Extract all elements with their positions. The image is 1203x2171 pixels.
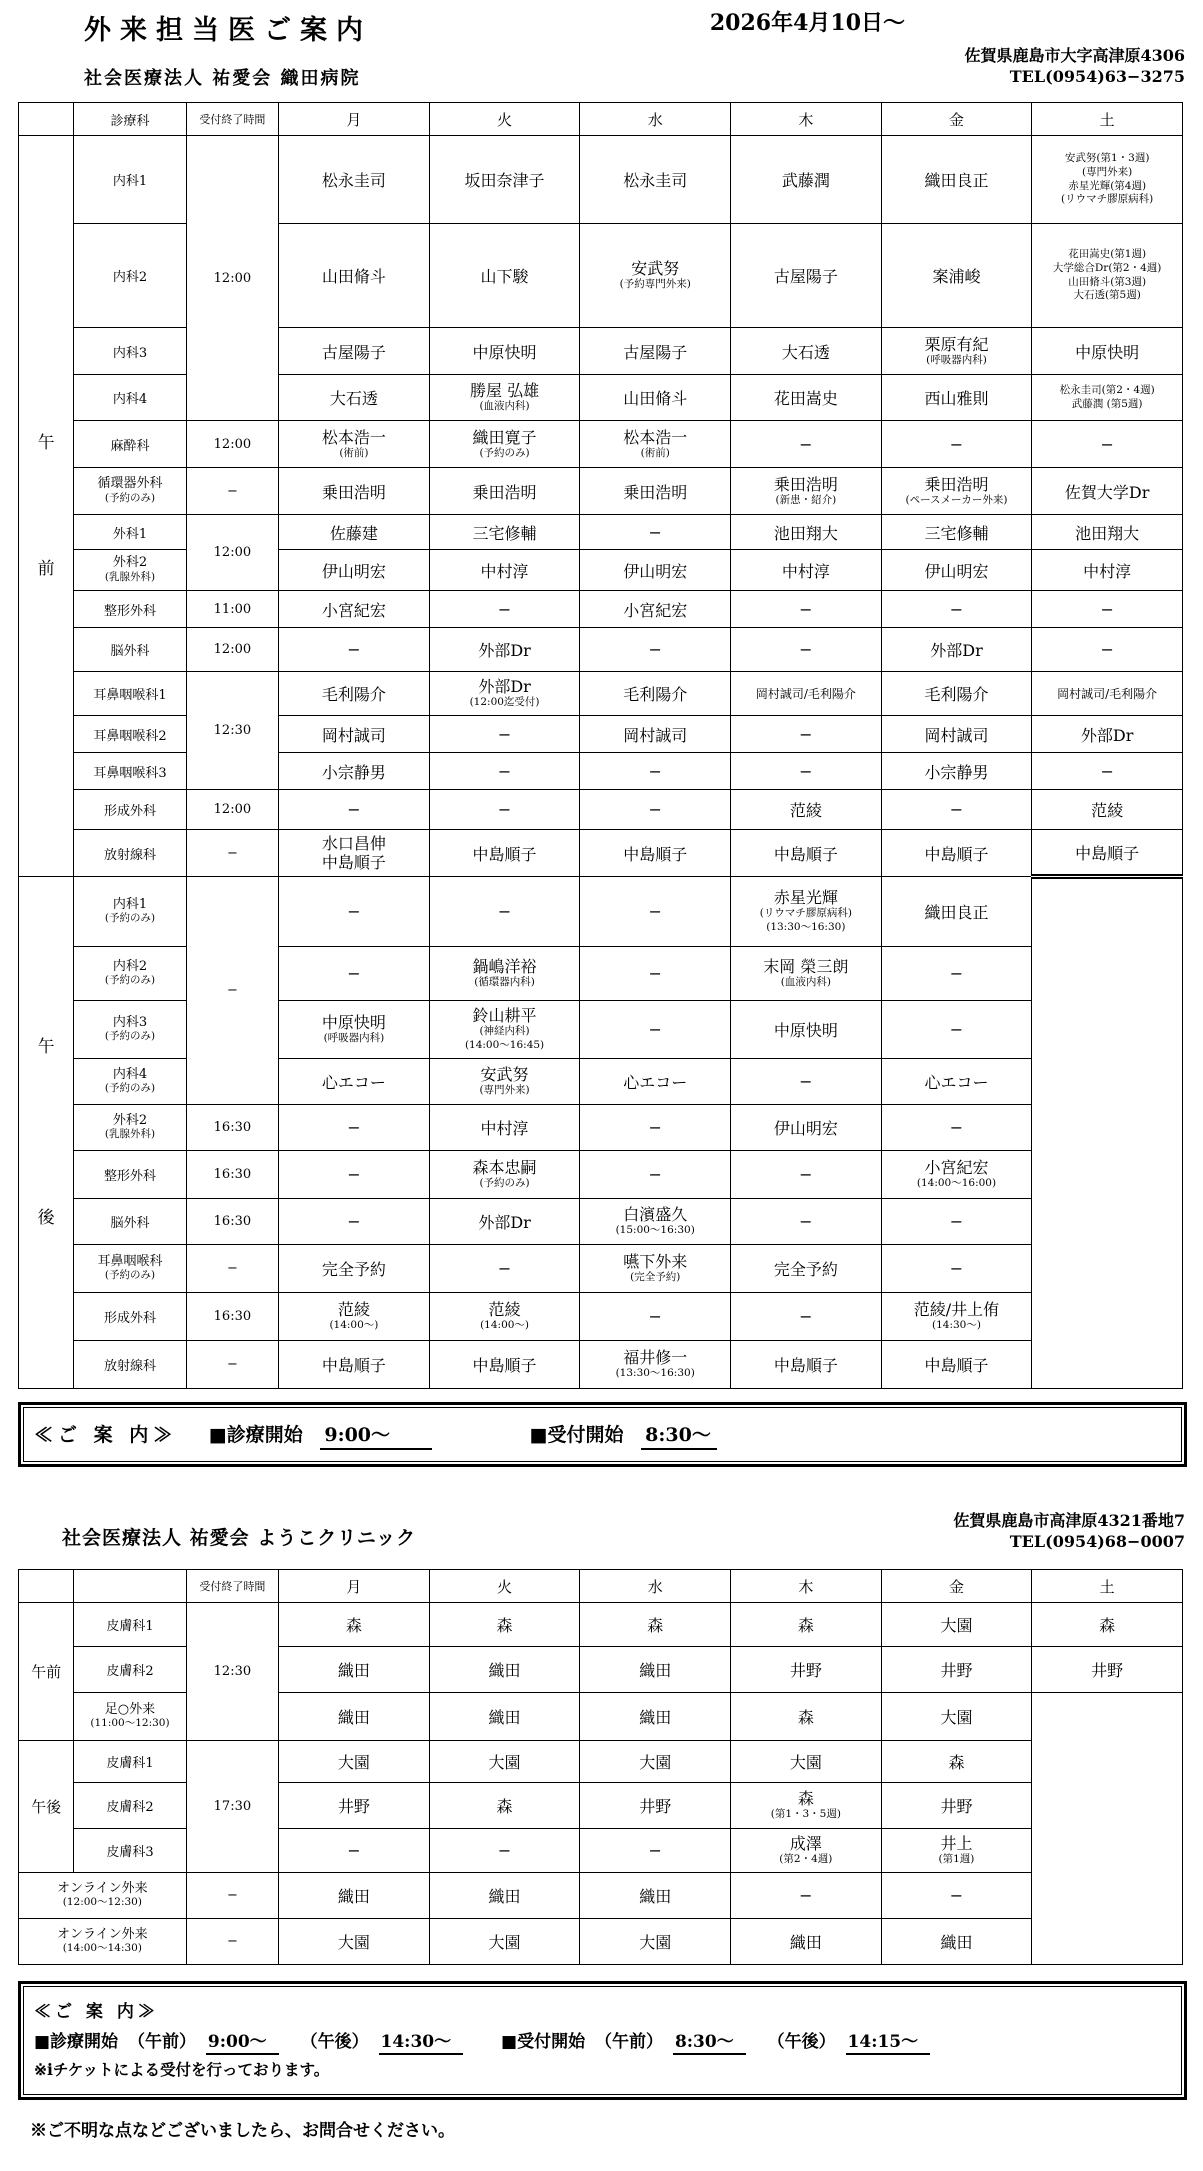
reception-time-cell: − bbox=[186, 1245, 278, 1293]
cell-line: (11:00～12:30) bbox=[76, 1717, 183, 1731]
hospital-name: 社会医療法人 祐愛会 織田病院 bbox=[84, 64, 361, 90]
schedule-cell: 中原快明(呼吸器内科) bbox=[279, 1001, 430, 1059]
schedule-cell: 織田 bbox=[429, 1647, 580, 1693]
schedule-cell: − bbox=[1032, 753, 1183, 790]
department-cell: 耳鼻咽喉科(予約のみ) bbox=[74, 1245, 186, 1293]
day-column-header: 土 bbox=[1032, 1570, 1183, 1603]
schedule-cell: 白濱盛久(15:00～16:30) bbox=[580, 1199, 731, 1245]
hospital-tel: TEL(0954)63−3275 bbox=[964, 67, 1185, 88]
schedule-cell: 井野 bbox=[1032, 1647, 1183, 1693]
schedule-cell: 外部Dr(12:00迄受付) bbox=[429, 672, 580, 716]
cell-line: (予約のみ) bbox=[432, 447, 578, 461]
schedule-cell: 安武努(第1・3週)(専門外来)赤星光輝(第4週)(リウマチ膠原病科) bbox=[1032, 136, 1183, 224]
reception-time-cell: 12:00 bbox=[186, 421, 278, 468]
cell-line: (専門外来) bbox=[432, 1084, 578, 1098]
schedule-cell: − bbox=[881, 591, 1032, 628]
department-cell: 麻酔科 bbox=[74, 421, 186, 468]
schedule-cell: 山下駿 bbox=[429, 224, 580, 328]
schedule-cell: 伊山明宏 bbox=[580, 550, 731, 591]
cell-line: 森 bbox=[733, 1789, 879, 1808]
department-cell: 耳鼻咽喉科3 bbox=[74, 753, 186, 790]
notice-heading: ≪ご 案 内≫ bbox=[34, 1997, 1167, 2022]
schedule-cell: 外部Dr bbox=[1032, 716, 1183, 753]
cell-line: 乗田浩明 bbox=[884, 475, 1030, 494]
cell-line: (ペースメーカー外来) bbox=[884, 494, 1030, 508]
department-cell: 内科1 bbox=[74, 136, 186, 224]
table-row: 外科112:00佐藤建三宅修輔−池田翔大三宅修輔池田翔大 bbox=[19, 515, 1183, 550]
schedule-cell: 中村淳 bbox=[731, 550, 882, 591]
schedule-cell: 佐賀大学Dr bbox=[1032, 468, 1183, 515]
table-row: 外科2(乳腺外科)16:30−中村淳−伊山明宏− bbox=[19, 1105, 1183, 1151]
schedule-cell: − bbox=[881, 790, 1032, 830]
schedule-cell: 森 bbox=[731, 1603, 882, 1647]
cell-line: 内科4 bbox=[76, 1067, 183, 1083]
schedule-cell: 范綾(14:00～) bbox=[429, 1293, 580, 1341]
cell-line: オンライン外来 bbox=[21, 1927, 184, 1943]
schedule-cell: 井野 bbox=[731, 1647, 882, 1693]
cell-line: 成澤 bbox=[733, 1834, 879, 1853]
cell-line: 武藤潤 (第5週) bbox=[1034, 398, 1180, 412]
cell-line: (13:30～16:30) bbox=[582, 1367, 728, 1381]
reception-start-am-value: 8:30～ bbox=[673, 2032, 746, 2055]
cell-line: 鈴山耕平 bbox=[432, 1006, 578, 1025]
schedule-cell: − bbox=[580, 753, 731, 790]
cell-line: 乗田浩明 bbox=[733, 475, 879, 494]
consultation-start-am-value: 9:00～ bbox=[206, 2032, 279, 2055]
hospital-address-block: 佐賀県鹿島市大字高津原4306 TEL(0954)63−3275 bbox=[964, 46, 1185, 88]
cell-line: 安武努 bbox=[582, 259, 728, 278]
schedule-cell: − bbox=[580, 1829, 731, 1873]
schedule-cell: 山田脩斗 bbox=[580, 375, 731, 421]
cell-line: 范綾 bbox=[432, 1300, 578, 1319]
schedule-cell: 織田 bbox=[429, 1873, 580, 1919]
table-row: 整形外科11:00小宮紀宏−小宮紀宏−−− bbox=[19, 591, 1183, 628]
schedule-cell: − bbox=[731, 628, 882, 672]
reception-time-cell: 16:30 bbox=[186, 1151, 278, 1199]
department-cell: 内科2(予約のみ) bbox=[74, 947, 186, 1001]
schedule-cell: 織田 bbox=[279, 1693, 430, 1741]
cell-line: 中島順子 bbox=[281, 853, 427, 872]
schedule-cell: 成澤(第2・4週) bbox=[731, 1829, 882, 1873]
clinic-schedule-table: 受付終了時間月火水木金土午前皮膚科112:30森森森森大園森皮膚科2織田織田織田… bbox=[18, 1569, 1183, 1965]
reception-time-cell: 12:00 bbox=[186, 136, 278, 421]
schedule-cell: − bbox=[429, 753, 580, 790]
cell-line: 井上 bbox=[884, 1834, 1030, 1853]
schedule-cell: 中村淳 bbox=[1032, 550, 1183, 591]
cell-line: (14:00～) bbox=[281, 1319, 427, 1333]
schedule-cell: − bbox=[580, 1001, 731, 1059]
department-cell: 皮膚科1 bbox=[74, 1741, 186, 1783]
schedule-cell: 森 bbox=[279, 1603, 430, 1647]
table-row: オンライン外来(14:00～14:30)−大園大園大園織田織田 bbox=[19, 1919, 1183, 1965]
department-cell: 脳外科 bbox=[74, 1199, 186, 1245]
schedule-cell: − bbox=[580, 515, 731, 550]
page-title: 外来担当医ご案内 bbox=[84, 8, 372, 47]
schedule-cell: 范綾/井上侑(14:30～) bbox=[881, 1293, 1032, 1341]
department-cell: 皮膚科1 bbox=[74, 1603, 186, 1647]
cell-line: (専門外来) bbox=[1034, 166, 1180, 180]
schedule-cell: 大石透 bbox=[731, 328, 882, 375]
schedule-cell: 織田 bbox=[580, 1647, 731, 1693]
department-cell: 放射線科 bbox=[74, 1341, 186, 1389]
reception-time-cell: 11:00 bbox=[186, 591, 278, 628]
schedule-cell: − bbox=[580, 1151, 731, 1199]
reception-time-cell: 12:00 bbox=[186, 515, 278, 591]
schedule-cell: 末岡 榮三朗(血液内科) bbox=[731, 947, 882, 1001]
notice-box-hospital: ≪ご 案 内≫ ■診療開始 9:00～ ■受付開始 8:30～ bbox=[18, 1402, 1187, 1467]
schedule-cell: 西山雅則 bbox=[881, 375, 1032, 421]
schedule-cell: − bbox=[881, 1199, 1032, 1245]
department-cell: 循環器外科(予約のみ) bbox=[74, 468, 186, 515]
schedule-cell: 大園 bbox=[580, 1741, 731, 1783]
reception-time-cell: 16:30 bbox=[186, 1105, 278, 1151]
day-column-header: 木 bbox=[731, 103, 882, 136]
schedule-cell: 森 bbox=[881, 1741, 1032, 1783]
cell-line: 内科2 bbox=[76, 959, 183, 975]
schedule-cell: − bbox=[429, 1245, 580, 1293]
cell-line: 安武努 bbox=[432, 1065, 578, 1084]
schedule-cell: − bbox=[881, 947, 1032, 1001]
schedule-cell: 岡村誠司 bbox=[881, 716, 1032, 753]
department-cell: 足○外来(11:00～12:30) bbox=[74, 1693, 186, 1741]
reception-time-cell: 17:30 bbox=[186, 1741, 278, 1873]
schedule-cell: 中村淳 bbox=[429, 1105, 580, 1151]
department-cell: 放射線科 bbox=[74, 830, 186, 877]
schedule-cell: 織田 bbox=[279, 1647, 430, 1693]
cell-line: (予約のみ) bbox=[76, 912, 183, 926]
schedule-cell: 三宅修輔 bbox=[429, 515, 580, 550]
department-cell: 脳外科 bbox=[74, 628, 186, 672]
table-row: 脳外科16:30−外部Dr白濱盛久(15:00～16:30)−− bbox=[19, 1199, 1183, 1245]
cell-line: (予約専門外来) bbox=[582, 278, 728, 292]
reception-time-cell: − bbox=[186, 830, 278, 877]
schedule-cell: 范綾 bbox=[1032, 790, 1183, 830]
schedule-cell: − bbox=[580, 628, 731, 672]
schedule-cell: 織田 bbox=[279, 1873, 430, 1919]
schedule-cell: 花田嵩史 bbox=[731, 375, 882, 421]
table-row: 耳鼻咽喉科112:30毛利陽介外部Dr(12:00迄受付)毛利陽介岡村誠司/毛利… bbox=[19, 672, 1183, 716]
schedule-cell: − bbox=[881, 1105, 1032, 1151]
schedule-cell: 中島順子 bbox=[279, 1341, 430, 1389]
schedule-cell: 三宅修輔 bbox=[881, 515, 1032, 550]
table-row: 整形外科16:30−森本忠嗣(予約のみ)−−小宮紀宏(14:00～16:00) bbox=[19, 1151, 1183, 1199]
document-page: 外来担当医ご案内 社会医療法人 祐愛会 織田病院 2026年4月10日～ 佐賀県… bbox=[0, 0, 1203, 2171]
cell-line: 范綾/井上侑 bbox=[884, 1300, 1030, 1319]
reception-time-cell: 12:30 bbox=[186, 672, 278, 790]
schedule-cell: 水口昌伸中島順子 bbox=[279, 830, 430, 877]
schedule-cell: 心エコー bbox=[580, 1059, 731, 1105]
cell-line: 松永圭司(第2・4週) bbox=[1034, 384, 1180, 398]
table-row: 循環器外科(予約のみ)−乗田浩明乗田浩明乗田浩明乗田浩明(新患・紹介)乗田浩明(… bbox=[19, 468, 1183, 515]
table-row: 午前内科112:00松永圭司坂田奈津子松永圭司武藤潤織田良正安武努(第1・3週)… bbox=[19, 136, 1183, 224]
schedule-cell: 大石透 bbox=[279, 375, 430, 421]
schedule-cell: 大園 bbox=[881, 1693, 1032, 1741]
schedule-cell: 中原快明 bbox=[1032, 328, 1183, 375]
schedule-cell: 大園 bbox=[429, 1741, 580, 1783]
cell-line: (予約のみ) bbox=[432, 1177, 578, 1191]
schedule-cell: 織田 bbox=[731, 1919, 882, 1965]
schedule-cell: 森本忠嗣(予約のみ) bbox=[429, 1151, 580, 1199]
iticket-note: ※iチケットによる受付を行っております。 bbox=[34, 2058, 1167, 2080]
cell-line: (12:00～12:30) bbox=[21, 1896, 184, 1910]
schedule-cell: − bbox=[731, 1293, 882, 1341]
schedule-cell: 心エコー bbox=[279, 1059, 430, 1105]
department-cell: 内科2 bbox=[74, 224, 186, 328]
cell-line: 午 bbox=[21, 433, 71, 453]
cell-line: (予約のみ) bbox=[76, 1082, 183, 1096]
hospital-schedule-table: 診療科受付終了時間月火水木金土午前内科112:00松永圭司坂田奈津子松永圭司武藤… bbox=[18, 102, 1183, 1389]
reception-time-cell: 12:30 bbox=[186, 1603, 278, 1741]
cell-line: 前 bbox=[21, 559, 71, 579]
reception-time-cell: − bbox=[186, 877, 278, 1105]
schedule-cell: 完全予約 bbox=[731, 1245, 882, 1293]
day-column-header: 水 bbox=[580, 1570, 731, 1603]
notice-times-line: ■診療開始 （午前） 9:00～ （午後） 14:30～ ■受付開始 （午前） … bbox=[34, 2027, 1167, 2052]
corner-cell bbox=[19, 1570, 74, 1603]
department-cell: 内科4 bbox=[74, 375, 186, 421]
schedule-cell: 井上(第1週) bbox=[881, 1829, 1032, 1873]
schedule-cell: 中島順子 bbox=[429, 830, 580, 877]
department-cell: 皮膚科2 bbox=[74, 1647, 186, 1693]
schedule-cell: 松本浩一(術前) bbox=[580, 421, 731, 468]
cell-line: 松本浩一 bbox=[582, 428, 728, 447]
reception-start-value: 8:30～ bbox=[641, 1424, 717, 1450]
schedule-cell: 松本浩一(術前) bbox=[279, 421, 430, 468]
day-column-header: 土 bbox=[1032, 103, 1183, 136]
consultation-start-label: ■診療開始 bbox=[209, 1424, 303, 1446]
cell-line: 花田嵩史(第1週) bbox=[1034, 248, 1180, 262]
cell-line: 外部Dr bbox=[432, 677, 578, 696]
cell-line: (第1・3・5週) bbox=[733, 1808, 879, 1822]
reception-time-cell: − bbox=[186, 1919, 278, 1965]
table-row: 午前皮膚科112:30森森森森大園森 bbox=[19, 1603, 1183, 1647]
cell-line: 嚥下外来 bbox=[582, 1252, 728, 1271]
schedule-cell: 毛利陽介 bbox=[279, 672, 430, 716]
schedule-cell: 岡村誠司 bbox=[279, 716, 430, 753]
cell-line: (リウマチ膠原病科) bbox=[1034, 193, 1180, 207]
table-row: 放射線科−中島順子中島順子福井修一(13:30～16:30)中島順子中島順子 bbox=[19, 1341, 1183, 1389]
period-label: 午前 bbox=[19, 136, 74, 877]
schedule-cell: 井野 bbox=[881, 1647, 1032, 1693]
cell-line: (14:00～14:30) bbox=[21, 1942, 184, 1956]
day-column-header: 木 bbox=[731, 1570, 882, 1603]
schedule-cell: 小宮紀宏 bbox=[580, 591, 731, 628]
schedule-cell: − bbox=[731, 1151, 882, 1199]
day-column-header: 月 bbox=[279, 103, 430, 136]
cell-line: (14:30～) bbox=[884, 1319, 1030, 1333]
department-cell: 外科2(乳腺外科) bbox=[74, 550, 186, 591]
department-column-header bbox=[74, 1570, 186, 1603]
department-cell: オンライン外来(12:00～12:30) bbox=[19, 1873, 187, 1919]
am-label: （午前） bbox=[128, 2032, 196, 2052]
day-column-header: 水 bbox=[580, 103, 731, 136]
cell-line: 栗原有紀 bbox=[884, 335, 1030, 354]
schedule-cell: 毛利陽介 bbox=[580, 672, 731, 716]
cell-line: (術前) bbox=[281, 447, 427, 461]
schedule-cell: − bbox=[279, 1151, 430, 1199]
reception-time-column-header: 受付終了時間 bbox=[186, 103, 278, 136]
cell-line: (リウマチ膠原病科) bbox=[733, 907, 879, 921]
schedule-cell: 大園 bbox=[279, 1919, 430, 1965]
day-column-header: 金 bbox=[881, 1570, 1032, 1603]
table-row: 麻酔科12:00松本浩一(術前)織田寛子(予約のみ)松本浩一(術前)−−− bbox=[19, 421, 1183, 468]
schedule-cell: − bbox=[279, 1199, 430, 1245]
schedule-cell: − bbox=[731, 591, 882, 628]
schedule-cell: 織田寛子(予約のみ) bbox=[429, 421, 580, 468]
schedule-cell: 乗田浩明 bbox=[279, 468, 430, 515]
schedule-cell: 范綾 bbox=[731, 790, 882, 830]
reception-time-cell: 12:00 bbox=[186, 628, 278, 672]
cell-line: 中原快明 bbox=[281, 1013, 427, 1032]
schedule-cell: 中島順子 bbox=[881, 830, 1032, 877]
reception-start-pm-value: 14:15～ bbox=[846, 2032, 931, 2055]
schedule-cell: 乗田浩明(新患・紹介) bbox=[731, 468, 882, 515]
cell-line: (新患・紹介) bbox=[733, 494, 879, 508]
department-cell: 外科2(乳腺外科) bbox=[74, 1105, 186, 1151]
schedule-cell: 毛利陽介 bbox=[881, 672, 1032, 716]
schedule-cell: 岡村誠司/毛利陽介 bbox=[731, 672, 882, 716]
schedule-cell: 森 bbox=[429, 1603, 580, 1647]
cell-line: (乳腺外科) bbox=[76, 571, 183, 585]
schedule-cell: 乗田浩明 bbox=[580, 468, 731, 515]
schedule-cell: 松永圭司(第2・4週)武藤潤 (第5週) bbox=[1032, 375, 1183, 421]
schedule-cell: 中村淳 bbox=[429, 550, 580, 591]
department-cell: 形成外科 bbox=[74, 1293, 186, 1341]
schedule-cell: − bbox=[580, 947, 731, 1001]
schedule-cell: 伊山明宏 bbox=[881, 550, 1032, 591]
schedule-cell: − bbox=[279, 790, 430, 830]
cell-line: 後 bbox=[21, 1208, 71, 1228]
contact-footnote: ※ご不明な点などございましたら、お問合せください。 bbox=[30, 2116, 1203, 2141]
cell-line: 范綾 bbox=[281, 1300, 427, 1319]
cell-line: (呼吸器内科) bbox=[281, 1032, 427, 1046]
cell-line: 循環器外科 bbox=[76, 476, 183, 492]
department-cell: 皮膚科2 bbox=[74, 1783, 186, 1829]
department-cell: 内科3(予約のみ) bbox=[74, 1001, 186, 1059]
schedule-cell: 小宮紀宏 bbox=[279, 591, 430, 628]
schedule-cell: 栗原有紀(呼吸器内科) bbox=[881, 328, 1032, 375]
cell-line: 内科1 bbox=[76, 897, 183, 913]
day-column-header: 金 bbox=[881, 103, 1032, 136]
cell-line: (第1週) bbox=[884, 1853, 1030, 1867]
cell-line: (第2・4週) bbox=[733, 1853, 879, 1867]
cell-line: (血液内科) bbox=[432, 400, 578, 414]
schedule-cell: 森 bbox=[429, 1783, 580, 1829]
schedule-cell: 松永圭司 bbox=[279, 136, 430, 224]
cell-line: 福井修一 bbox=[582, 1348, 728, 1367]
schedule-cell: − bbox=[580, 877, 731, 947]
department-cell: 整形外科 bbox=[74, 591, 186, 628]
schedule-cell: 花田嵩史(第1週)大学総合Dr(第2・4週)山田脩斗(第3週)大石透(第5週) bbox=[1032, 224, 1183, 328]
empty-region bbox=[1032, 877, 1183, 1389]
clinic-header: 社会医療法人 祐愛会 ようこクリニック 佐賀県鹿島市高津原4321番地7 TEL… bbox=[0, 1511, 1203, 1569]
table-row: 形成外科16:30范綾(14:00～)范綾(14:00～)−−范綾/井上侑(14… bbox=[19, 1293, 1183, 1341]
schedule-cell: 古屋陽子 bbox=[279, 328, 430, 375]
schedule-cell: − bbox=[279, 628, 430, 672]
clinic-address-block: 佐賀県鹿島市高津原4321番地7 TEL(0954)68−0007 bbox=[953, 1511, 1185, 1553]
effective-date: 2026年4月10日～ bbox=[710, 6, 905, 37]
schedule-cell: − bbox=[731, 753, 882, 790]
reception-start-label: ■受付開始 bbox=[501, 2032, 585, 2052]
schedule-cell: 大園 bbox=[731, 1741, 882, 1783]
cell-line: 内科3 bbox=[76, 1015, 183, 1031]
department-cell: 形成外科 bbox=[74, 790, 186, 830]
schedule-cell: 范綾(14:00～) bbox=[279, 1293, 430, 1341]
schedule-cell: 勝屋 弘雄(血液内科) bbox=[429, 375, 580, 421]
hospital-address: 佐賀県鹿島市大字高津原4306 bbox=[964, 46, 1185, 67]
schedule-cell: − bbox=[429, 790, 580, 830]
schedule-cell: 織田 bbox=[429, 1693, 580, 1741]
schedule-cell: 安武努(専門外来) bbox=[429, 1059, 580, 1105]
schedule-cell: − bbox=[881, 1873, 1032, 1919]
cell-line: (予約のみ) bbox=[76, 1269, 183, 1283]
schedule-cell: 井野 bbox=[580, 1783, 731, 1829]
schedule-cell: 山田脩斗 bbox=[279, 224, 430, 328]
schedule-cell: − bbox=[429, 716, 580, 753]
period-label: 午後 bbox=[19, 877, 74, 1389]
schedule-cell: − bbox=[279, 877, 430, 947]
schedule-cell: 大園 bbox=[429, 1919, 580, 1965]
schedule-cell: 中原快明 bbox=[731, 1001, 882, 1059]
cell-line: 勝屋 弘雄 bbox=[432, 381, 578, 400]
cell-line: (循環器内科) bbox=[432, 976, 578, 990]
schedule-cell: 池田翔大 bbox=[1032, 515, 1183, 550]
schedule-cell: 岡村誠司 bbox=[580, 716, 731, 753]
schedule-cell: 織田 bbox=[580, 1873, 731, 1919]
cell-line: 鍋嶋洋裕 bbox=[432, 957, 578, 976]
day-column-header: 火 bbox=[429, 103, 580, 136]
schedule-cell: 伊山明宏 bbox=[279, 550, 430, 591]
cell-line: 安武努(第1・3週) bbox=[1034, 152, 1180, 166]
schedule-cell: 小宮紀宏(14:00～16:00) bbox=[881, 1151, 1032, 1199]
schedule-cell: 岡村誠司/毛利陽介 bbox=[1032, 672, 1183, 716]
schedule-cell: − bbox=[429, 1829, 580, 1873]
consultation-start-pm-value: 14:30～ bbox=[379, 2032, 464, 2055]
reception-time-cell: 12:00 bbox=[186, 790, 278, 830]
schedule-cell: 中島順子 bbox=[429, 1341, 580, 1389]
schedule-cell: 乗田浩明(ペースメーカー外来) bbox=[881, 468, 1032, 515]
cell-line: (呼吸器内科) bbox=[884, 354, 1030, 368]
cell-line: (神経内科) bbox=[432, 1025, 578, 1039]
consultation-start-value: 9:00～ bbox=[320, 1424, 432, 1450]
clinic-address: 佐賀県鹿島市高津原4321番地7 bbox=[953, 1511, 1185, 1532]
corner-cell bbox=[19, 103, 74, 136]
schedule-cell: 小宗静男 bbox=[881, 753, 1032, 790]
schedule-cell: − bbox=[279, 1829, 430, 1873]
schedule-cell: 松永圭司 bbox=[580, 136, 731, 224]
table-row: オンライン外来(12:00～12:30)−織田織田織田−− bbox=[19, 1873, 1183, 1919]
schedule-cell: 中島順子 bbox=[881, 1341, 1032, 1389]
table-row: 耳鼻咽喉科(予約のみ)−完全予約−嚥下外来(完全予約)完全予約− bbox=[19, 1245, 1183, 1293]
schedule-cell: 外部Dr bbox=[429, 628, 580, 672]
cell-line: (乳腺外科) bbox=[76, 1128, 183, 1142]
cell-line: 耳鼻咽喉科 bbox=[76, 1254, 183, 1270]
schedule-cell: 伊山明宏 bbox=[731, 1105, 882, 1151]
schedule-cell: − bbox=[1032, 591, 1183, 628]
cell-line: (14:00～) bbox=[432, 1319, 578, 1333]
cell-line: 赤星光輝(第4週) bbox=[1034, 180, 1180, 194]
schedule-cell: 大園 bbox=[279, 1741, 430, 1783]
cell-line: (予約のみ) bbox=[76, 974, 183, 988]
schedule-cell: − bbox=[731, 716, 882, 753]
notice-heading: ≪ご 案 内≫ bbox=[34, 1424, 177, 1446]
notice-box-hospital-inner: ≪ご 案 内≫ ■診療開始 9:00～ ■受付開始 8:30～ bbox=[23, 1407, 1182, 1462]
table-row: 放射線科−水口昌伸中島順子中島順子中島順子中島順子中島順子中島順子 bbox=[19, 830, 1183, 877]
reception-time-cell: − bbox=[186, 1341, 278, 1389]
schedule-cell: 井野 bbox=[279, 1783, 430, 1829]
cell-line: 山田脩斗(第3週) bbox=[1034, 276, 1180, 290]
table-row: 午後皮膚科117:30大園大園大園大園森 bbox=[19, 1741, 1183, 1783]
